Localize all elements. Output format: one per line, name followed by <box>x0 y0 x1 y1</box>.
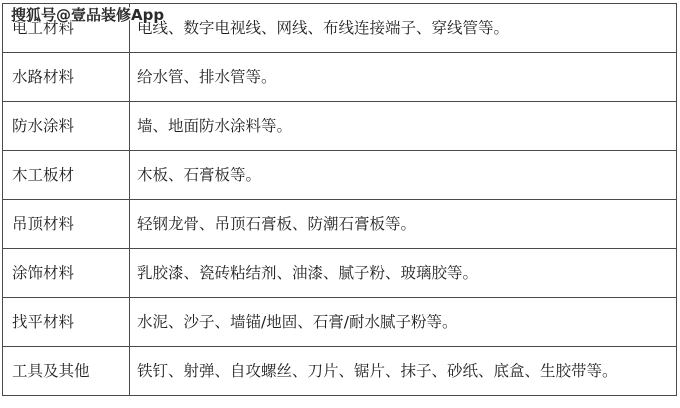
materials-table-container: 电工材料 电线、数字电视线、网线、布线连接端子、穿线管等。 水路材料 给水管、排… <box>2 3 677 396</box>
category-cell: 木工板材 <box>3 151 130 200</box>
category-cell: 找平材料 <box>3 298 130 347</box>
table-row: 吊顶材料 轻钢龙骨、吊顶石膏板、防潮石膏板等。 <box>3 200 677 249</box>
items-cell: 乳胶漆、瓷砖粘结剂、油漆、腻子粉、玻璃胶等。 <box>130 249 677 298</box>
items-cell: 水泥、沙子、墙锚/地固、石膏/耐水腻子粉等。 <box>130 298 677 347</box>
items-cell: 铁钉、射弹、自攻螺丝、刀片、锯片、抹子、砂纸、底盒、生胶带等。 <box>130 347 677 396</box>
category-cell: 防水涂料 <box>3 102 130 151</box>
items-cell: 轻钢龙骨、吊顶石膏板、防潮石膏板等。 <box>130 200 677 249</box>
materials-table: 电工材料 电线、数字电视线、网线、布线连接端子、穿线管等。 水路材料 给水管、排… <box>2 3 677 396</box>
items-cell: 电线、数字电视线、网线、布线连接端子、穿线管等。 <box>130 4 677 53</box>
table-row: 木工板材 木板、石膏板等。 <box>3 151 677 200</box>
items-cell: 给水管、排水管等。 <box>130 53 677 102</box>
table-row: 涂饰材料 乳胶漆、瓷砖粘结剂、油漆、腻子粉、玻璃胶等。 <box>3 249 677 298</box>
items-cell: 墙、地面防水涂料等。 <box>130 102 677 151</box>
table-row: 水路材料 给水管、排水管等。 <box>3 53 677 102</box>
category-cell: 工具及其他 <box>3 347 130 396</box>
items-cell: 木板、石膏板等。 <box>130 151 677 200</box>
table-row: 找平材料 水泥、沙子、墙锚/地固、石膏/耐水腻子粉等。 <box>3 298 677 347</box>
category-cell: 涂饰材料 <box>3 249 130 298</box>
category-cell: 吊顶材料 <box>3 200 130 249</box>
table-row: 工具及其他 铁钉、射弹、自攻螺丝、刀片、锯片、抹子、砂纸、底盒、生胶带等。 <box>3 347 677 396</box>
table-row: 防水涂料 墙、地面防水涂料等。 <box>3 102 677 151</box>
watermark: 搜狐号@壹品装修App <box>11 4 164 25</box>
category-cell: 水路材料 <box>3 53 130 102</box>
